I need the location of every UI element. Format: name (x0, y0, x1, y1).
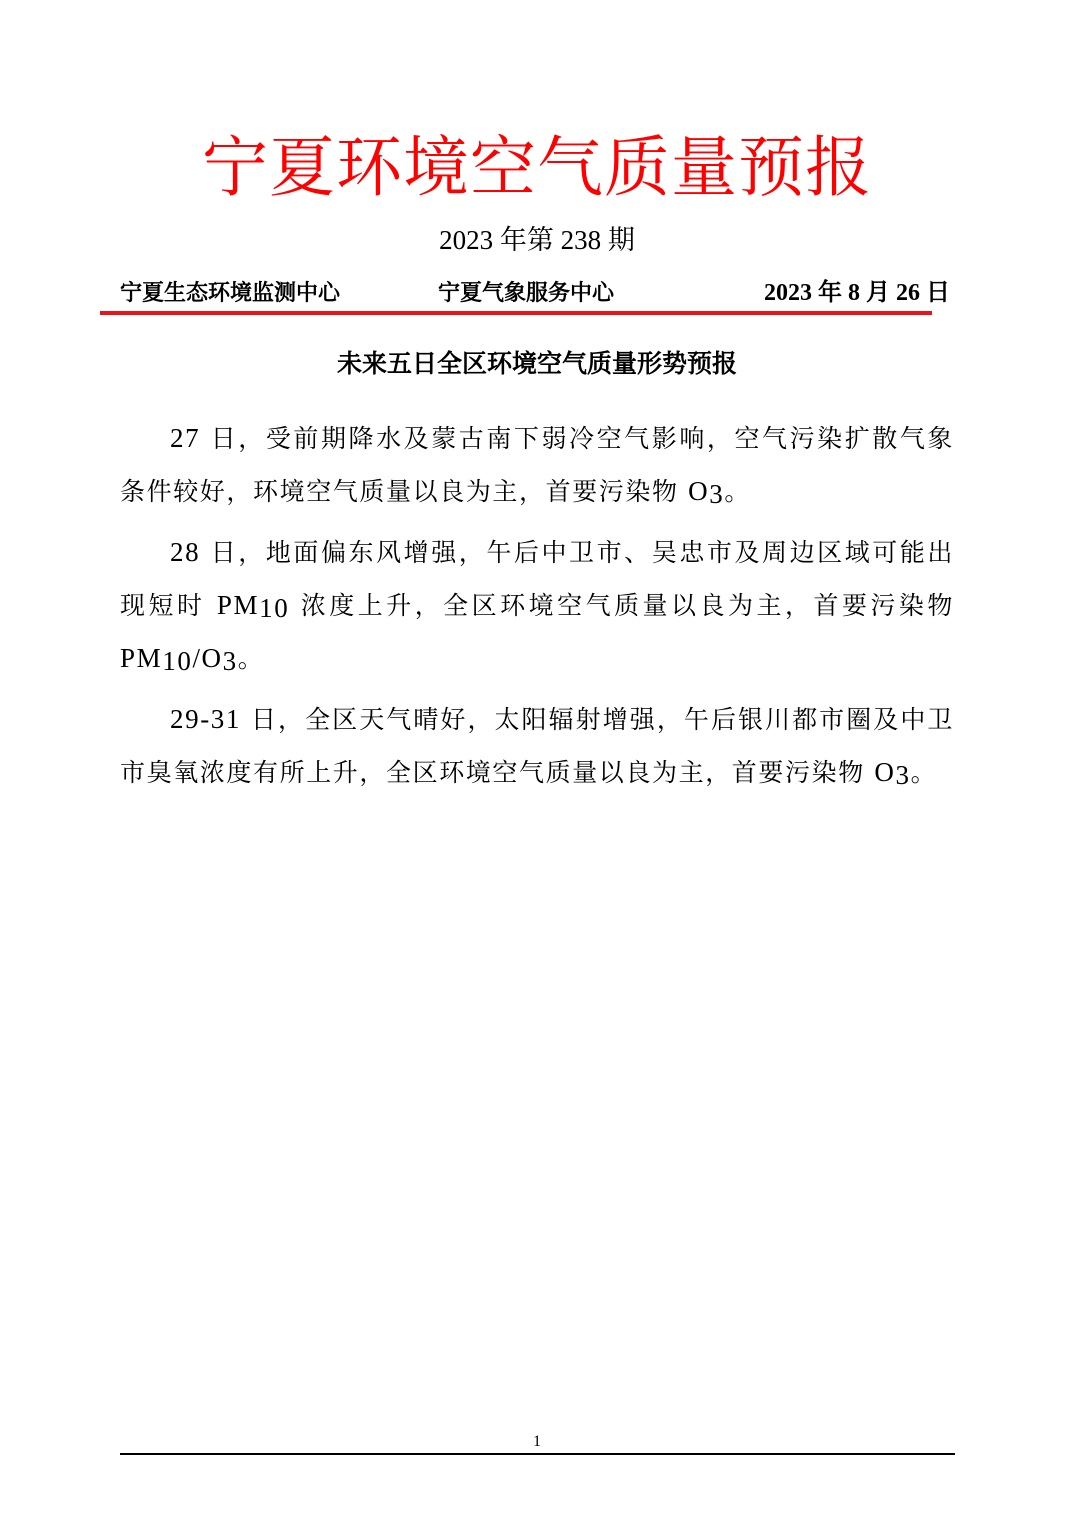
pollutant-symbol: O (874, 757, 895, 787)
forecast-text: 日，受前期降水及蒙古南下弱冷空气影响，空气污染扩散气象条件较好，环境空气质量以良… (120, 424, 954, 506)
issuer-meteorological-center: 宁夏气象服务中心 (438, 276, 614, 310)
pollutant-subscript: 3 (895, 760, 910, 790)
section-heading: 未来五日全区环境空气质量形势预报 (0, 344, 1074, 384)
forecast-day: 29-31 (170, 704, 241, 734)
forecast-paragraph-27: 27 日，受前期降水及蒙古南下弱冷空气影响，空气污染扩散气象条件较好，环境空气质… (120, 412, 954, 518)
issuer-row: 宁夏生态环境监测中心 宁夏气象服务中心 2023 年 8 月 26 日 (120, 276, 950, 310)
issuer-monitoring-center: 宁夏生态环境监测中心 (120, 276, 340, 310)
issue-date: 2023 年 8 月 26 日 (764, 276, 950, 310)
forecast-body: 27 日，受前期降水及蒙古南下弱冷空气影响，空气污染扩散气象条件较好，环境空气质… (120, 412, 954, 807)
pollutant-symbol: O (202, 643, 223, 673)
pollutant-subscript: 3 (223, 646, 238, 676)
sentence-end: 。 (724, 477, 751, 506)
red-divider (100, 311, 932, 315)
forecast-paragraph-29-31: 29-31 日，全区天气晴好，太阳辐射增强，午后银川都市圈及中卫市臭氧浓度有所上… (120, 693, 954, 799)
pollutant-symbol: O (688, 476, 709, 506)
page-number: 1 (0, 1432, 1074, 1452)
footer-divider (120, 1453, 955, 1455)
pollutant-subscript: 3 (709, 479, 724, 509)
separator: / (192, 643, 201, 673)
forecast-paragraph-28: 28 日，地面偏东风增强，午后中卫市、吴忠市及周边区域可能出现短时 PM10 浓… (120, 526, 954, 685)
document-title: 宁夏环境空气质量预报 (0, 128, 1074, 208)
pollutant-symbol: PM (120, 643, 162, 673)
pollutant-subscript: 10 (259, 593, 289, 623)
forecast-text: 日，全区天气晴好，太阳辐射增强，午后银川都市圈及中卫市臭氧浓度有所上升，全区环境… (120, 705, 954, 787)
forecast-text: 浓度上升，全区环境空气质量以良为主，首要污染物 (289, 591, 954, 620)
sentence-end: 。 (238, 644, 265, 673)
issue-number: 2023 年第 238 期 (0, 220, 1074, 260)
pollutant-symbol: PM (217, 590, 259, 620)
forecast-day: 28 (170, 537, 200, 567)
pollutant-subscript: 10 (162, 646, 192, 676)
sentence-end: 。 (911, 758, 938, 787)
forecast-day: 27 (170, 423, 200, 453)
